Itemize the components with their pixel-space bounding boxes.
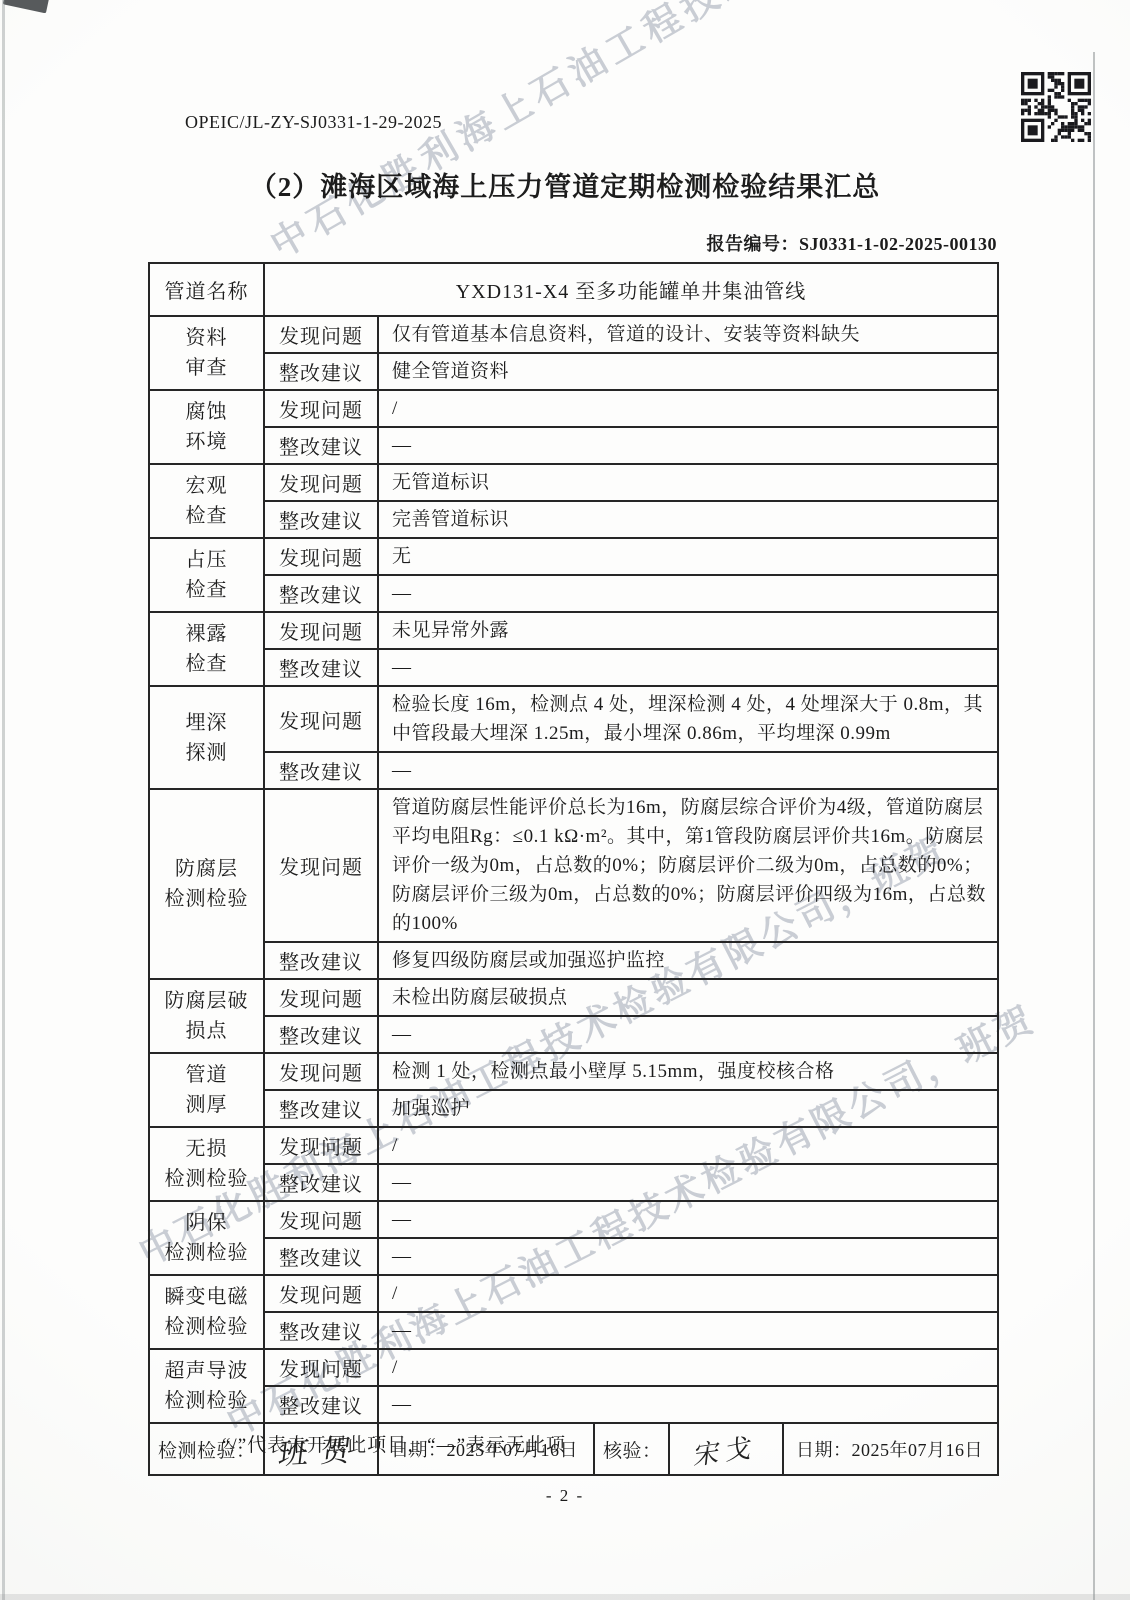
suggestion-label-cell: 整改建议 <box>264 575 378 612</box>
finding-value-cell: 检测 1 处，检测点最小壁厚 5.15mm，强度校核合格 <box>378 1053 998 1090</box>
suggestion-value-cell: 加强巡护 <box>378 1090 998 1127</box>
finding-value-cell: 管道防腐层性能评价总长为16m，防腐层综合评价为4级，管道防腐层平均电阻Rg：≤… <box>378 789 998 942</box>
suggestion-value-cell: — <box>378 649 998 686</box>
finding-value-cell: 无 <box>378 538 998 575</box>
finding-value-cell: / <box>378 1127 998 1164</box>
pipeline-name-label: 管道名称 <box>149 263 264 316</box>
scan-edge-bottom <box>0 1594 1130 1600</box>
report-number-label: 报告编号： <box>707 234 800 254</box>
suggestion-label-cell: 整改建议 <box>264 501 378 538</box>
category-cell: 宏观 检查 <box>149 464 264 538</box>
suggestion-label-cell: 整改建议 <box>264 1238 378 1275</box>
category-cell: 防腐层 检测检验 <box>149 789 264 979</box>
scanned-document-page: 中石化胜利海上石油工程技术 中石化胜利海上石油工程技术检验有限公司，班贺 中石化… <box>0 0 1130 1600</box>
scan-edge-right <box>1093 52 1095 1600</box>
page-number: - 2 - <box>0 1486 1130 1506</box>
finding-label-cell: 发现问题 <box>264 612 378 649</box>
suggestion-label-cell: 整改建议 <box>264 1164 378 1201</box>
qr-code <box>1021 72 1091 142</box>
watermark-top: 中石化胜利海上石油工程技术 <box>259 0 770 268</box>
category-cell: 无损 检测检验 <box>149 1127 264 1201</box>
table-row: 资料 审查发现问题仅有管道基本信息资料，管道的设计、安装等资料缺失 <box>149 316 998 353</box>
finding-value-cell: 仅有管道基本信息资料，管道的设计、安装等资料缺失 <box>378 316 998 353</box>
suggestion-label-cell: 整改建议 <box>264 1016 378 1053</box>
table-row: 整改建议修复四级防腐层或加强巡护监控 <box>149 942 998 979</box>
table-row: 宏观 检查发现问题无管道标识 <box>149 464 998 501</box>
document-number: OPEIC/JL-ZY-SJ0331-1-29-2025 <box>185 112 442 133</box>
category-cell: 防腐层破 损点 <box>149 979 264 1053</box>
table-row: 整改建议— <box>149 1238 998 1275</box>
table-row: 整改建议— <box>149 427 998 464</box>
table-row: 防腐层 检测检验发现问题管道防腐层性能评价总长为16m，防腐层综合评价为4级，管… <box>149 789 998 942</box>
table-row: 阴保 检测检验发现问题— <box>149 1201 998 1238</box>
category-cell: 裸露 检查 <box>149 612 264 686</box>
inspection-table: 管道名称 YXD131-X4 至多功能罐单井集油管线 资料 审查发现问题仅有管道… <box>148 262 999 1424</box>
suggestion-value-cell: 完善管道标识 <box>378 501 998 538</box>
category-cell: 资料 审查 <box>149 316 264 390</box>
table-row: 埋深 探测发现问题检验长度 16m，检测点 4 处，埋深检测 4 处，4 处埋深… <box>149 686 998 752</box>
table-row: 整改建议— <box>149 649 998 686</box>
table-row: 整改建议— <box>149 1312 998 1349</box>
suggestion-label-cell: 整改建议 <box>264 353 378 390</box>
finding-label-cell: 发现问题 <box>264 538 378 575</box>
suggestion-label-cell: 整改建议 <box>264 649 378 686</box>
suggestion-value-cell: — <box>378 1312 998 1349</box>
suggestion-value-cell: — <box>378 1016 998 1053</box>
category-cell: 腐蚀 环境 <box>149 390 264 464</box>
table-wrapper: 管道名称 YXD131-X4 至多功能罐单井集油管线 资料 审查发现问题仅有管道… <box>148 262 997 1476</box>
finding-label-cell: 发现问题 <box>264 979 378 1016</box>
table-row: 整改建议加强巡护 <box>149 1090 998 1127</box>
table-row: 管道 测厚发现问题检测 1 处，检测点最小壁厚 5.15mm，强度校核合格 <box>149 1053 998 1090</box>
category-cell: 埋深 探测 <box>149 686 264 789</box>
finding-label-cell: 发现问题 <box>264 1201 378 1238</box>
table-row: 超声导波 检测检验发现问题/ <box>149 1349 998 1386</box>
finding-label-cell: 发现问题 <box>264 686 378 752</box>
suggestion-label-cell: 整改建议 <box>264 752 378 789</box>
category-cell: 阴保 检测检验 <box>149 1201 264 1275</box>
category-cell: 占压 检查 <box>149 538 264 612</box>
finding-value-cell: — <box>378 1201 998 1238</box>
table-row: 整改建议— <box>149 575 998 612</box>
finding-value-cell: 未检出防腐层破损点 <box>378 979 998 1016</box>
verifier-signature: 宋戈 <box>692 1426 759 1473</box>
suggestion-value-cell: — <box>378 575 998 612</box>
finding-label-cell: 发现问题 <box>264 1127 378 1164</box>
suggestion-value-cell: — <box>378 1238 998 1275</box>
suggestion-label-cell: 整改建议 <box>264 1386 378 1423</box>
table-row: 占压 检查发现问题无 <box>149 538 998 575</box>
suggestion-value-cell: 健全管道资料 <box>378 353 998 390</box>
category-cell: 瞬变电磁 检测检验 <box>149 1275 264 1349</box>
scan-corner-artifact <box>3 0 49 13</box>
finding-value-cell: 检验长度 16m，检测点 4 处，埋深检测 4 处，4 处埋深大于 0.8m，其… <box>378 686 998 752</box>
finding-label-cell: 发现问题 <box>264 464 378 501</box>
finding-label-cell: 发现问题 <box>264 1053 378 1090</box>
pipeline-name-row: 管道名称 YXD131-X4 至多功能罐单井集油管线 <box>149 263 998 316</box>
finding-value-cell: / <box>378 1275 998 1312</box>
suggestion-label-cell: 整改建议 <box>264 942 378 979</box>
suggestion-label-cell: 整改建议 <box>264 1090 378 1127</box>
table-row: 腐蚀 环境发现问题/ <box>149 390 998 427</box>
report-number-line: 报告编号：SJ0331-1-02-2025-00130 <box>148 230 997 256</box>
report-number: SJ0331-1-02-2025-00130 <box>799 234 997 254</box>
verifier-label: 核验： <box>594 1423 669 1475</box>
finding-label-cell: 发现问题 <box>264 316 378 353</box>
suggestion-value-cell: — <box>378 752 998 789</box>
table-row: 整改建议健全管道资料 <box>149 353 998 390</box>
scan-edge-left <box>2 0 5 1600</box>
suggestion-label-cell: 整改建议 <box>264 427 378 464</box>
suggestion-value-cell: — <box>378 427 998 464</box>
verifier-signature-cell: 宋戈 <box>669 1423 783 1475</box>
table-row: 无损 检测检验发现问题/ <box>149 1127 998 1164</box>
legend-footnote: “/”代表未开展此项目，“—”表示无此项 <box>222 1430 566 1457</box>
suggestion-value-cell: 修复四级防腐层或加强巡护监控 <box>378 942 998 979</box>
table-row: 整改建议— <box>149 1164 998 1201</box>
finding-value-cell: / <box>378 1349 998 1386</box>
finding-value-cell: 无管道标识 <box>378 464 998 501</box>
table-row: 整改建议完善管道标识 <box>149 501 998 538</box>
finding-value-cell: 未见异常外露 <box>378 612 998 649</box>
finding-label-cell: 发现问题 <box>264 1275 378 1312</box>
table-row: 整改建议— <box>149 752 998 789</box>
table-row: 整改建议— <box>149 1016 998 1053</box>
table-row: 瞬变电磁 检测检验发现问题/ <box>149 1275 998 1312</box>
category-cell: 管道 测厚 <box>149 1053 264 1127</box>
category-cell: 超声导波 检测检验 <box>149 1349 264 1423</box>
verify-date: 日期：2025年07月16日 <box>783 1423 998 1475</box>
page-title: （2）滩海区域海上压力管道定期检测检验结果汇总 <box>0 165 1130 204</box>
table-row: 防腐层破 损点发现问题未检出防腐层破损点 <box>149 979 998 1016</box>
pipeline-name-value: YXD131-X4 至多功能罐单井集油管线 <box>264 263 998 316</box>
suggestion-value-cell: — <box>378 1164 998 1201</box>
finding-value-cell: / <box>378 390 998 427</box>
finding-label-cell: 发现问题 <box>264 390 378 427</box>
table-row: 裸露 检查发现问题未见异常外露 <box>149 612 998 649</box>
finding-label-cell: 发现问题 <box>264 1349 378 1386</box>
suggestion-label-cell: 整改建议 <box>264 1312 378 1349</box>
table-row: 整改建议— <box>149 1386 998 1423</box>
suggestion-value-cell: — <box>378 1386 998 1423</box>
finding-label-cell: 发现问题 <box>264 789 378 942</box>
